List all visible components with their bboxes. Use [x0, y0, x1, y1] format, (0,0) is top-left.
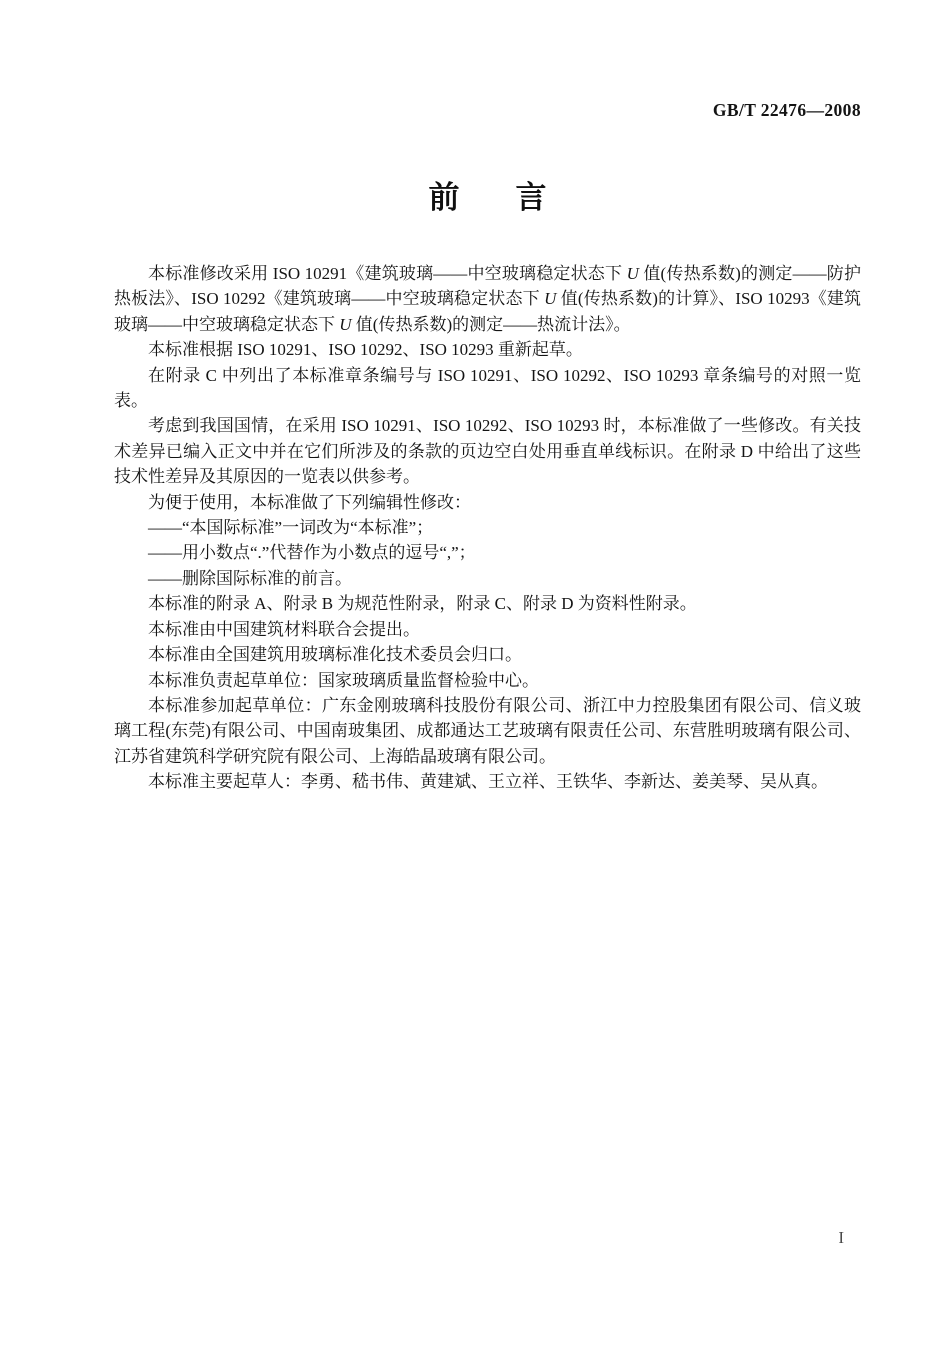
paragraph: 本标准修改采用 ISO 10291《建筑玻璃——中空玻璃稳定状态下 U 值(传热…: [114, 261, 861, 337]
page-number: I: [114, 1228, 844, 1248]
foreword-body: 本标准修改采用 ISO 10291《建筑玻璃——中空玻璃稳定状态下 U 值(传热…: [114, 261, 861, 795]
paragraph: ——用小数点“.”代替作为小数点的逗号“,”；: [114, 540, 861, 565]
paragraph: 本标准由中国建筑材料联合会提出。: [114, 617, 861, 642]
paragraph: ——删除国际标准的前言。: [114, 566, 861, 591]
paragraph: 本标准参加起草单位：广东金刚玻璃科技股份有限公司、浙江中力控股集团有限公司、信义…: [114, 693, 861, 769]
document-page: GB/T 22476—2008 前 言 本标准修改采用 ISO 10291《建筑…: [0, 0, 950, 1345]
page-title-char-1: 前: [429, 180, 460, 216]
paragraph: 本标准负责起草单位：国家玻璃质量监督检验中心。: [114, 668, 861, 693]
paragraph: ——“本国际标准”一词改为“本标准”；: [114, 515, 861, 540]
paragraph: 本标准主要起草人：李勇、嵇书伟、黄建斌、王立祥、王铁华、李新达、姜美琴、吴从真。: [114, 769, 861, 794]
standard-number: GB/T 22476—2008: [114, 100, 861, 121]
paragraph: 本标准由全国建筑用玻璃标准化技术委员会归口。: [114, 642, 861, 667]
paragraph: 在附录 C 中列出了本标准章条编号与 ISO 10291、ISO 10292、I…: [114, 363, 861, 414]
paragraph: 本标准根据 ISO 10291、ISO 10292、ISO 10293 重新起草…: [114, 337, 861, 362]
page-title-char-2: 言: [516, 180, 547, 216]
page-title: 前 言: [114, 180, 861, 216]
paragraph: 本标准的附录 A、附录 B 为规范性附录，附录 C、附录 D 为资料性附录。: [114, 591, 861, 616]
paragraph: 考虑到我国国情，在采用 ISO 10291、ISO 10292、ISO 1029…: [114, 413, 861, 489]
paragraph: 为便于使用，本标准做了下列编辑性修改：: [114, 490, 861, 515]
